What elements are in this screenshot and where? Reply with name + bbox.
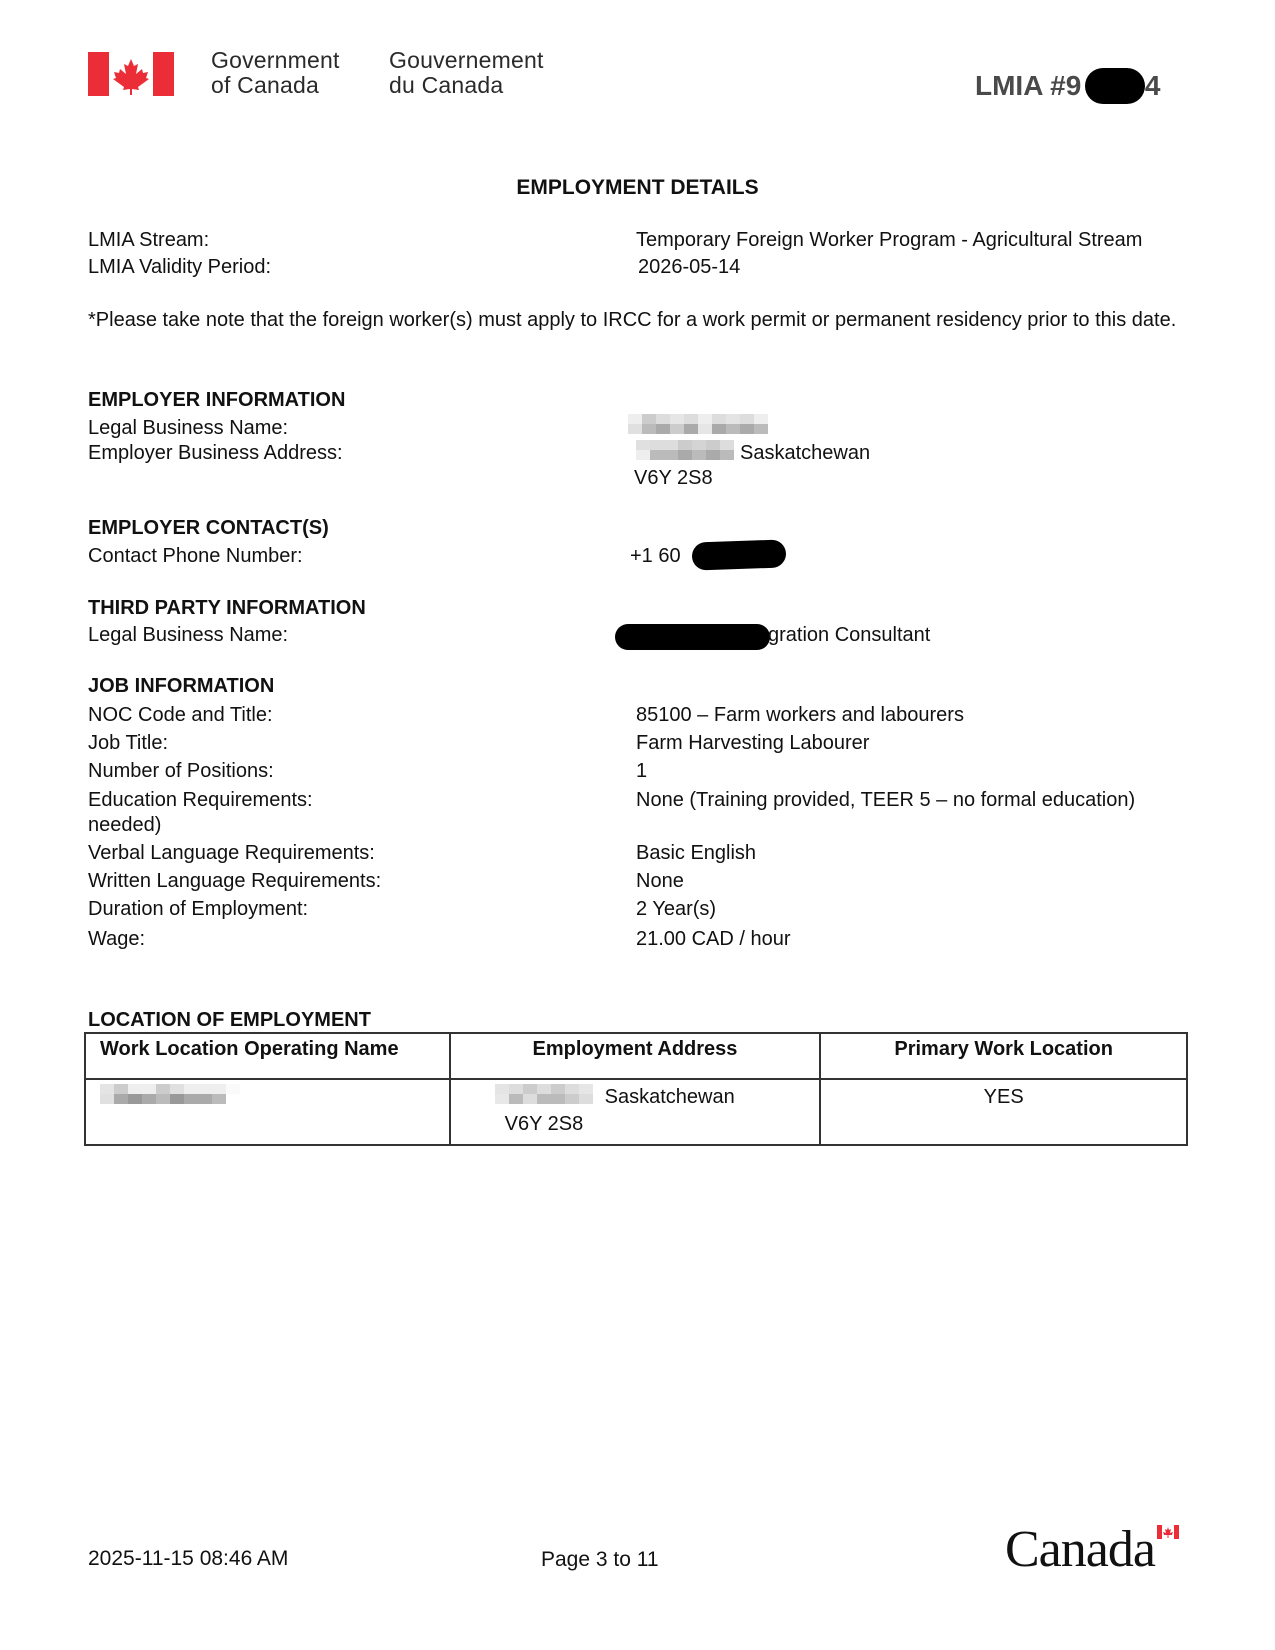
employer-address-label: Employer Business Address: xyxy=(88,441,343,465)
duration-value: 2 Year(s) xyxy=(636,897,716,921)
job-title-label: Job Title: xyxy=(88,731,168,755)
gov-fr-line2: du Canada xyxy=(389,73,544,98)
noc-label: NOC Code and Title: xyxy=(88,703,273,727)
third-party-name-label: Legal Business Name: xyxy=(88,623,288,647)
duration-label: Duration of Employment: xyxy=(88,897,308,921)
contact-phone-label: Contact Phone Number: xyxy=(88,544,303,568)
phone-prefix: +1 60 xyxy=(630,545,681,567)
canada-wordmark-flag-icon xyxy=(1157,1525,1179,1539)
table-row: Saskatchewan V6Y 2S8 YES xyxy=(85,1079,1187,1145)
third-party-heading: THIRD PARTY INFORMATION xyxy=(88,596,366,620)
job-information-heading: JOB INFORMATION xyxy=(88,674,274,698)
page-title: EMPLOYMENT DETAILS xyxy=(0,176,1275,200)
lmia-stream-label: LMIA Stream: xyxy=(88,228,209,252)
col-primary-work-location: Primary Work Location xyxy=(820,1033,1187,1079)
education-label: Education Requirements: xyxy=(88,788,313,812)
location-of-employment-heading: LOCATION OF EMPLOYMENT xyxy=(88,1008,371,1032)
third-party-name-value: gration Consultant xyxy=(768,623,930,647)
location-table: Work Location Operating Name Employment … xyxy=(84,1032,1188,1146)
positions-value: 1 xyxy=(636,759,647,783)
work-permit-note: *Please take note that the foreign worke… xyxy=(88,306,1198,334)
redaction-mark xyxy=(1085,68,1145,104)
cell-operating-name xyxy=(85,1079,450,1145)
wage-value: 21.00 CAD / hour xyxy=(636,927,791,951)
redaction-mark xyxy=(615,624,770,650)
redacted-work-address xyxy=(495,1084,593,1104)
positions-label: Number of Positions: xyxy=(88,759,274,783)
work-address-postal: V6Y 2S8 xyxy=(459,1111,812,1138)
employer-address-province: Saskatchewan xyxy=(740,441,870,465)
redacted-business-name xyxy=(628,414,768,434)
lmia-validity-label: LMIA Validity Period: xyxy=(88,255,271,279)
written-language-value: None xyxy=(636,869,684,893)
footer-timestamp: 2025-11-15 08:46 AM xyxy=(88,1547,288,1571)
col-operating-name: Work Location Operating Name xyxy=(85,1033,450,1079)
gov-en-line2: of Canada xyxy=(211,73,340,98)
employer-information-heading: EMPLOYER INFORMATION xyxy=(88,388,345,412)
canada-wordmark: Canada xyxy=(1005,1520,1155,1579)
education-label-continued: needed) xyxy=(88,813,161,837)
redacted-operating-name xyxy=(100,1084,240,1104)
noc-value: 85100 – Farm workers and labourers xyxy=(636,703,964,727)
lmia-number-prefix: LMIA #9 xyxy=(975,70,1081,101)
employer-contacts-heading: EMPLOYER CONTACT(S) xyxy=(88,516,329,540)
verbal-language-value: Basic English xyxy=(636,841,756,865)
lmia-stream-value: Temporary Foreign Worker Program - Agric… xyxy=(636,228,1142,252)
job-title-value: Farm Harvesting Labourer xyxy=(636,731,869,755)
written-language-label: Written Language Requirements: xyxy=(88,869,381,893)
lmia-validity-value: 2026-05-14 xyxy=(638,255,740,279)
education-value: None (Training provided, TEER 5 – no for… xyxy=(636,788,1135,812)
gouvernement-du-canada-fr: Gouvernement du Canada xyxy=(389,48,544,98)
gov-en-line1: Government xyxy=(211,48,340,73)
redacted-address xyxy=(636,440,734,460)
legal-business-name-label: Legal Business Name: xyxy=(88,416,288,440)
cell-primary-work-location: YES xyxy=(820,1079,1187,1145)
cell-employment-address: Saskatchewan V6Y 2S8 xyxy=(450,1079,821,1145)
col-employment-address: Employment Address xyxy=(450,1033,821,1079)
verbal-language-label: Verbal Language Requirements: xyxy=(88,841,375,865)
employer-address-postal: V6Y 2S8 xyxy=(634,466,713,490)
gov-fr-line1: Gouvernement xyxy=(389,48,544,73)
footer-page-number: Page 3 to 11 xyxy=(541,1548,659,1572)
redaction-mark xyxy=(692,539,787,570)
wage-label: Wage: xyxy=(88,927,145,951)
government-of-canada-en: Government of Canada xyxy=(211,48,340,98)
canada-flag-icon xyxy=(88,52,174,96)
